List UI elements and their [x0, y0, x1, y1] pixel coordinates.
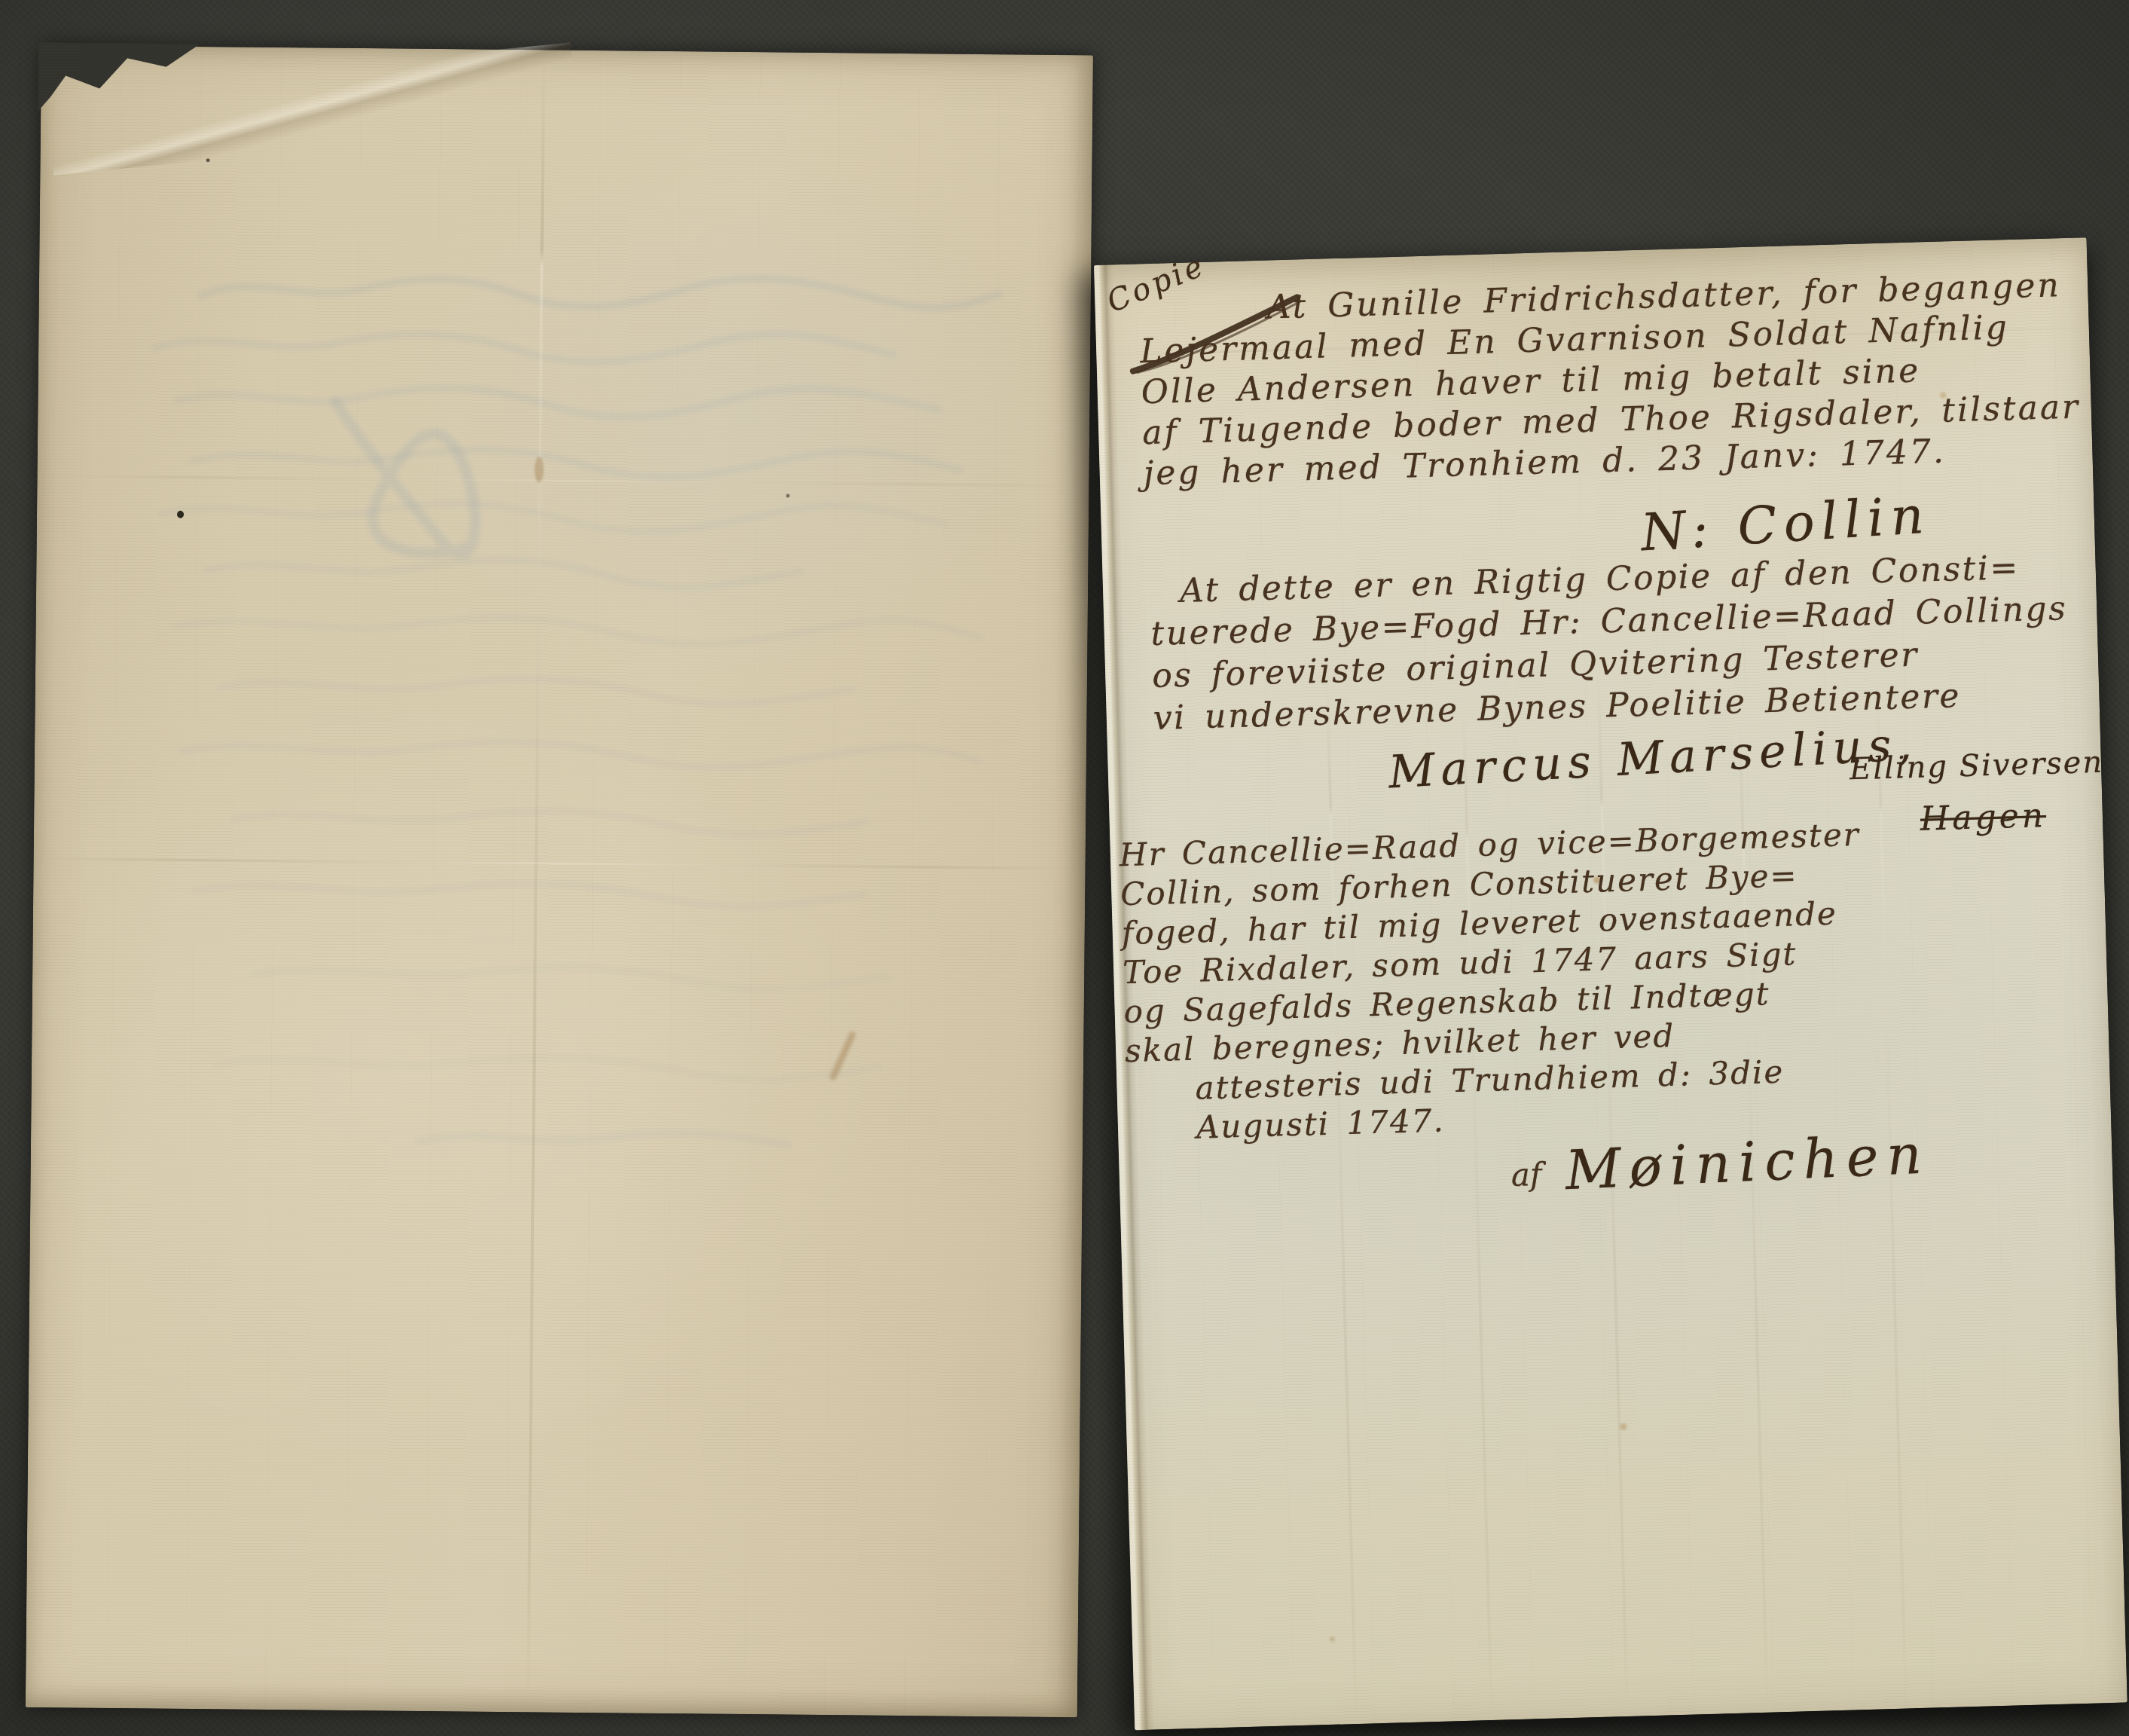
ink-speck — [177, 511, 184, 518]
ink-speck — [786, 494, 790, 498]
ink-speck — [206, 158, 210, 162]
bleedthrough-ink — [102, 264, 1015, 1207]
top-edge-crease — [46, 42, 579, 175]
left-page — [26, 45, 1093, 1717]
torn-corner — [38, 42, 200, 113]
signature-siversen-line2: Hagen — [1920, 796, 2047, 839]
af-word: af — [1510, 1156, 1542, 1193]
right-page: Copie At Gunille Fridrichsdatter, for be… — [1094, 237, 2127, 1730]
foxing-spot — [1620, 1423, 1627, 1430]
receipt-text: At Gunille Fridrichsdatter, for begangen… — [1138, 265, 2082, 495]
signature-siversen: Elling Siversen — [1849, 745, 2103, 787]
foxing-spot — [1330, 1637, 1335, 1642]
scan-background: Copie At Gunille Fridrichsdatter, for be… — [0, 0, 2129, 1736]
crease-right-5 — [1876, 680, 1908, 1709]
endorsement-text: Hr Cancellie=Raad og vice=Borgemester Co… — [1119, 815, 1866, 1071]
attestation-text: At dette er en Rigtig Copie af den Const… — [1149, 546, 2070, 740]
